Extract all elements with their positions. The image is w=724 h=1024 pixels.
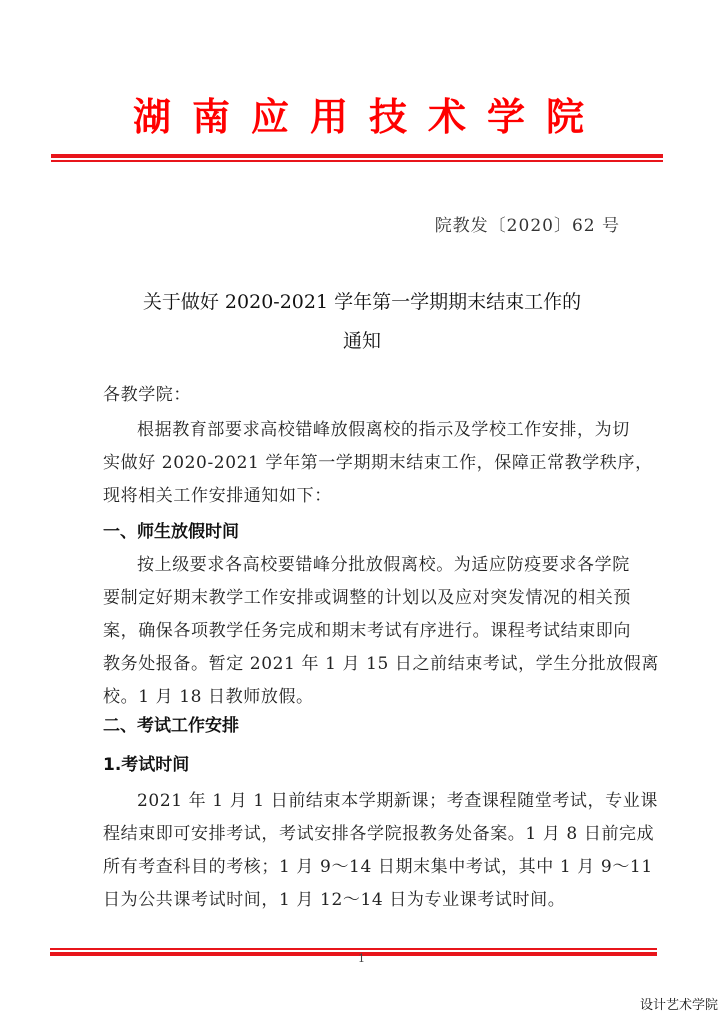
paragraph-line: 程结束即可安排考试，考试安排各学院报教务处备案。1 月 8 日前完成 xyxy=(103,818,623,851)
paragraph-line: 案，确保各项教学任务完成和期末考试有序进行。课程考试结束即向 xyxy=(103,615,623,648)
document-title-line-2: 通知 xyxy=(0,326,724,353)
section-2-paragraph: 2021 年 1 月 1 日前结束本学期新课；考查课程随堂考试，专业课 程结束即… xyxy=(103,785,623,917)
paragraph-line: 所有考查科目的考核；1 月 9～14 日期末集中考试，其中 1 月 9～11 xyxy=(103,851,623,884)
top-rule-thin xyxy=(51,160,663,162)
paragraph-line: 实做好 2020-2021 学年第一学期期末结束工作，保障正常教学秩序， xyxy=(103,447,623,480)
bottom-rule-thin xyxy=(50,948,657,950)
intro-paragraph: 根据教育部要求高校错峰放假离校的指示及学校工作安排，为切 实做好 2020-20… xyxy=(103,414,623,513)
paragraph-line: 日为公共课考试时间，1 月 12～14 日为专业课考试时间。 xyxy=(103,884,623,917)
top-rule-thick xyxy=(51,154,663,158)
paragraph-line: 根据教育部要求高校错峰放假离校的指示及学校工作安排，为切 xyxy=(103,414,623,447)
paragraph-line: 现将相关工作安排通知如下： xyxy=(103,480,623,513)
document-page: 湖南应用技术学院 院教发〔2020〕62 号 关于做好 2020-2021 学年… xyxy=(0,0,724,1024)
watermark: 设计艺术学院 xyxy=(640,994,718,1013)
section-heading-2: 二、考试工作安排 xyxy=(103,711,239,736)
institution-name: 湖南应用技术学院 xyxy=(119,92,605,142)
section-1-paragraph: 按上级要求各高校要错峰分批放假离校。为适应防疫要求各学院 要制定好期末教学工作安… xyxy=(103,549,623,714)
paragraph-line: 教务处报备。暂定 2021 年 1 月 15 日之前结束考试，学生分批放假离 xyxy=(103,648,623,681)
paragraph-line: 2021 年 1 月 1 日前结束本学期新课；考查课程随堂考试，专业课 xyxy=(103,785,623,818)
page-number: 1 xyxy=(358,952,365,965)
document-title-line-1: 关于做好 2020-2021 学年第一学期期末结束工作的 xyxy=(0,287,724,314)
paragraph-line: 校。1 月 18 日教师放假。 xyxy=(103,681,623,714)
subsection-heading: 1.考试时间 xyxy=(103,750,189,775)
section-heading-1: 一、师生放假时间 xyxy=(103,517,239,542)
salutation: 各教学院： xyxy=(103,379,623,412)
document-number: 院教发〔2020〕62 号 xyxy=(435,211,620,236)
bottom-rule-thick xyxy=(50,952,657,956)
paragraph-line: 按上级要求各高校要错峰分批放假离校。为适应防疫要求各学院 xyxy=(103,549,623,582)
masthead: 湖南应用技术学院 xyxy=(0,92,724,142)
salutation-text: 各教学院： xyxy=(103,379,623,412)
paragraph-line: 要制定好期末教学工作安排或调整的计划以及应对突发情况的相关预 xyxy=(103,582,623,615)
